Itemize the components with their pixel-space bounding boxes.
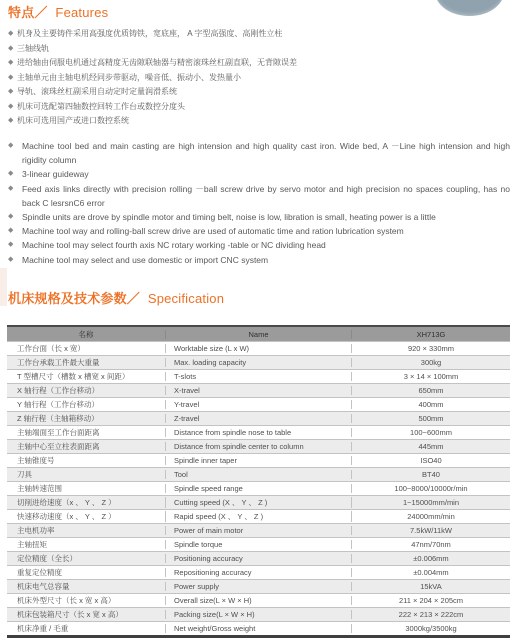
- feature-bullet-text: Machine tool way and rolling-ball screw …: [22, 226, 404, 236]
- spec-header-name-zh: 名称: [7, 329, 165, 340]
- spec-row: 机床外型尺寸（长 x 宽 x 高） Overall size(L × W × H…: [7, 593, 510, 607]
- features-title-en: Features: [55, 5, 108, 20]
- spec-row: X 轴行程（工作台移动） X-travel 650mm: [7, 383, 510, 397]
- spec-row: 定位精度（全长） Positioning accuracy ±0.006mm: [7, 551, 510, 565]
- spec-header-name-en: Name: [165, 330, 352, 339]
- spec-title-en: Specification: [148, 291, 224, 306]
- spec-row: 主轴锥度号 Spindle inner taper ISO40: [7, 453, 510, 467]
- spec-cell-name-en: Distance from spindle center to column: [165, 442, 352, 451]
- spec-row: 刀具 Tool BT40: [7, 467, 510, 481]
- feature-bullet: ◆ 机身及主要铸件采用高强度优质铸铁，宽底座， A 字型高强度、高刚性立柱: [8, 27, 508, 42]
- diamond-bullet-icon: ◆: [8, 71, 13, 86]
- spec-cell-value: 100~8000/10000r/min: [352, 484, 510, 493]
- spec-table-body: 工作台面（长 x 宽） Worktable size (L x W) 920 ×…: [7, 341, 510, 635]
- spec-cell-name-en: T-slots: [165, 372, 352, 381]
- feature-bullet: ◆ 机床可选配第四轴数控回转工作台或数控分度头: [8, 100, 508, 115]
- spec-cell-name-en: Distance from spindle nose to table: [165, 428, 352, 437]
- feature-bullet: ◆ 导轨、滚珠丝杠副采用自动定时定量润滑系统: [8, 85, 508, 100]
- spec-cell-name-en: Net weight/Gross weight: [165, 624, 352, 633]
- spec-cell-name-en: Spindle torque: [165, 540, 352, 549]
- spec-cell-name-en: Positioning accuracy: [165, 554, 352, 563]
- spec-cell-value: 100~600mm: [352, 428, 510, 437]
- spec-section-title: 机床规格及技术参数／ Specification: [8, 291, 224, 307]
- spec-cell-name-en: Max. loading capacity: [165, 358, 352, 367]
- spec-cell-value: 15kVA: [352, 582, 510, 591]
- spec-row: 重复定位精度 Repositioning accuracy ±0.004mm: [7, 565, 510, 579]
- spec-cell-value: ±0.004mm: [352, 568, 510, 577]
- spec-cell-name-en: Tool: [165, 470, 352, 479]
- spec-cell-name-zh: 机床电气总容量: [7, 581, 165, 592]
- spec-row: Z 轴行程（主轴箱移动） Z-travel 500mm: [7, 411, 510, 425]
- diamond-bullet-icon: ◆: [8, 56, 13, 71]
- diamond-bullet-icon: ◆: [8, 253, 13, 267]
- feature-bullet: ◆ Spindle units are drove by spindle mot…: [8, 210, 510, 224]
- spec-row: 主轴扭矩 Spindle torque 47nm/70nm: [7, 537, 510, 551]
- spec-cell-value: 920 × 330mm: [352, 344, 510, 353]
- spec-cell-name-zh: 机床外型尺寸（长 x 宽 x 高）: [7, 595, 165, 606]
- diamond-bullet-icon: ◆: [8, 85, 13, 100]
- spec-cell-name-zh: 切削进给速度（x 、 Y 、 Z ）: [7, 497, 165, 508]
- spec-cell-name-en: X-travel: [165, 386, 352, 395]
- diamond-bullet-icon: ◆: [8, 27, 13, 42]
- spec-cell-name-zh: 重复定位精度: [7, 567, 165, 578]
- feature-bullet-text: 3-linear guideway: [22, 169, 89, 179]
- spec-cell-value: 211 × 204 × 205cm: [352, 596, 510, 605]
- spec-header-model: XH713G: [352, 330, 510, 339]
- feature-bullet-text: 主轴单元由主轴电机经同步带驱动，噪音低、振动小、发热量小: [17, 73, 241, 82]
- spec-row: 主轴中心至立柱表面距离 Distance from spindle center…: [7, 439, 510, 453]
- feature-bullet: ◆ Feed axis links directly with precisio…: [8, 182, 510, 210]
- feature-bullet-text: 导轨、滚珠丝杠副采用自动定时定量润滑系统: [17, 87, 177, 96]
- spec-row: 切削进给速度（x 、 Y 、 Z ） Cutting speed (X 、 Y …: [7, 495, 510, 509]
- spec-cell-name-zh: 主轴锥度号: [7, 455, 165, 466]
- spec-cell-name-zh: 主轴中心至立柱表面距离: [7, 441, 165, 452]
- spec-row: 主轴端面至工作台面距离 Distance from spindle nose t…: [7, 425, 510, 439]
- spec-cell-name-zh: 主轴扭矩: [7, 539, 165, 550]
- spec-cell-value: 3 × 14 × 100mm: [352, 372, 510, 381]
- spec-cell-value: 400mm: [352, 400, 510, 409]
- spec-row: 工作台承载工件最大重量 Max. loading capacity 300kg: [7, 355, 510, 369]
- features-title-zh: 特点／: [8, 5, 48, 20]
- spec-cell-name-zh: 快速移动速度（x 、 Y 、 Z ）: [7, 511, 165, 522]
- spec-cell-name-zh: T 型槽尺寸（槽数 x 槽宽 x 间距）: [7, 371, 165, 382]
- spec-cell-name-en: Packing size(L × W × H): [165, 610, 352, 619]
- spec-cell-name-en: Power of main motor: [165, 526, 352, 535]
- features-list-zh: ◆ 机身及主要铸件采用高强度优质铸铁，宽底座， A 字型高强度、高刚性立柱 ◆ …: [8, 27, 508, 129]
- feature-bullet: ◆ 三轴线轨: [8, 42, 508, 57]
- feature-bullet: ◆ 3-linear guideway: [8, 167, 510, 181]
- spec-cell-name-zh: Z 轴行程（主轴箱移动）: [7, 413, 165, 424]
- diamond-bullet-icon: ◆: [8, 100, 13, 115]
- spec-cell-name-en: Worktable size (L x W): [165, 344, 352, 353]
- feature-bullet-text: Spindle units are drove by spindle motor…: [22, 212, 436, 222]
- spec-table-header: 名称 Name XH713G: [7, 327, 510, 341]
- features-list-en: ◆ Machine tool bed and main casting are …: [8, 139, 510, 267]
- feature-bullet: ◆ 进给轴由伺服电机通过高精度无齿隙联轴器与精密滚珠丝杠副直联，无背隙误差: [8, 56, 508, 71]
- diamond-bullet-icon: ◆: [8, 42, 13, 57]
- spec-cell-name-zh: Y 轴行程（工作台移动）: [7, 399, 165, 410]
- spec-cell-value: 47nm/70nm: [352, 540, 510, 549]
- spec-row: 主轴转速范围 Spindle speed range 100~8000/1000…: [7, 481, 510, 495]
- spec-row: T 型槽尺寸（槽数 x 槽宽 x 间距） T-slots 3 × 14 × 10…: [7, 369, 510, 383]
- spec-cell-name-en: Power supply: [165, 582, 352, 591]
- spec-cell-value: 445mm: [352, 442, 510, 451]
- spec-row: Y 轴行程（工作台移动） Y-travel 400mm: [7, 397, 510, 411]
- spec-cell-name-zh: 工作台承载工件最大重量: [7, 357, 165, 368]
- diamond-bullet-icon: ◆: [8, 182, 13, 196]
- feature-bullet-text: 三轴线轨: [17, 44, 49, 53]
- spec-cell-name-en: Rapid speed (X 、 Y 、 Z ): [165, 511, 352, 522]
- spec-cell-name-zh: 主轴端面至工作台面距离: [7, 427, 165, 438]
- spec-cell-name-en: Z-travel: [165, 414, 352, 423]
- feature-bullet: ◆ 机床可选用国产或进口数控系统: [8, 114, 508, 129]
- feature-bullet: ◆ 主轴单元由主轴电机经同步带驱动，噪音低、振动小、发热量小: [8, 71, 508, 86]
- spec-cell-name-en: Y-travel: [165, 400, 352, 409]
- feature-bullet: ◆ Machine tool bed and main casting are …: [8, 139, 510, 167]
- spec-cell-name-zh: 刀具: [7, 469, 165, 480]
- spec-cell-name-en: Repositioning accuracy: [165, 568, 352, 577]
- spec-cell-value: ISO40: [352, 456, 510, 465]
- diamond-bullet-icon: ◆: [8, 210, 13, 224]
- feature-bullet-text: 进给轴由伺服电机通过高精度无齿隙联轴器与精密滚珠丝杠副直联，无背隙误差: [17, 58, 297, 67]
- spec-cell-name-zh: X 轴行程（工作台移动）: [7, 385, 165, 396]
- feature-bullet: ◆ Machine tool may select and use domest…: [8, 253, 510, 267]
- feature-bullet: ◆ Machine tool may select fourth axis NC…: [8, 238, 510, 252]
- spec-cell-value: 500mm: [352, 414, 510, 423]
- diamond-bullet-icon: ◆: [8, 114, 13, 129]
- decorative-ellipse: [435, 0, 504, 16]
- spec-row: 工作台面（长 x 宽） Worktable size (L x W) 920 ×…: [7, 341, 510, 355]
- spec-row: 快速移动速度（x 、 Y 、 Z ） Rapid speed (X 、 Y 、 …: [7, 509, 510, 523]
- feature-bullet-text: Machine tool may select fourth axis NC r…: [22, 240, 326, 250]
- diamond-bullet-icon: ◆: [8, 167, 13, 181]
- feature-bullet-text: Machine tool may select and use domestic…: [22, 255, 268, 265]
- spec-cell-name-zh: 主轴转速范围: [7, 483, 165, 494]
- features-section-title: 特点／ Features: [8, 5, 108, 21]
- spec-row: 主电机功率 Power of main motor 7.5kW/11kW: [7, 523, 510, 537]
- spec-cell-name-en: Cutting speed (X 、 Y 、 Z ): [165, 497, 352, 508]
- spec-cell-value: 300kg: [352, 358, 510, 367]
- diamond-bullet-icon: ◆: [8, 224, 13, 238]
- spec-cell-name-zh: 机床包装箱尺寸（长 x 宽 x 高）: [7, 609, 165, 620]
- spec-cell-name-en: Spindle speed range: [165, 484, 352, 493]
- spec-cell-name-zh: 定位精度（全长）: [7, 553, 165, 564]
- spec-cell-name-en: Spindle inner taper: [165, 456, 352, 465]
- spec-cell-name-zh: 主电机功率: [7, 525, 165, 536]
- spec-cell-value: 1~15000mm/min: [352, 498, 510, 507]
- feature-bullet-text: 机床可选用国产或进口数控系统: [17, 116, 129, 125]
- spec-cell-name-zh: 工作台面（长 x 宽）: [7, 343, 165, 354]
- spec-title-zh: 机床规格及技术参数／: [8, 291, 140, 306]
- spec-cell-value: 7.5kW/11kW: [352, 526, 510, 535]
- catalog-page: 特点／ Features ◆ 机身及主要铸件采用高强度优质铸铁，宽底座， A 字…: [0, 0, 516, 640]
- feature-bullet-text: 机床可选配第四轴数控回转工作台或数控分度头: [17, 102, 185, 111]
- feature-bullet: ◆ Machine tool way and rolling-ball scre…: [8, 224, 510, 238]
- spec-row: 机床包装箱尺寸（长 x 宽 x 高） Packing size(L × W × …: [7, 607, 510, 621]
- spec-cell-value: BT40: [352, 470, 510, 479]
- spec-cell-value: ±0.006mm: [352, 554, 510, 563]
- spec-row: 机床电气总容量 Power supply 15kVA: [7, 579, 510, 593]
- spec-cell-name-zh: 机床净重 / 毛重: [7, 623, 165, 634]
- feature-bullet-text: 机身及主要铸件采用高强度优质铸铁，宽底座， A 字型高强度、高刚性立柱: [17, 29, 282, 38]
- feature-bullet-text: Machine tool bed and main casting are hi…: [22, 141, 510, 165]
- spec-table: 名称 Name XH713G 工作台面（长 x 宽） Worktable siz…: [7, 325, 510, 638]
- faint-watermark: [0, 268, 7, 306]
- spec-row: 机床净重 / 毛重 Net weight/Gross weight 3000kg…: [7, 621, 510, 635]
- diamond-bullet-icon: ◆: [8, 238, 13, 252]
- spec-cell-value: 3000kg/3500kg: [352, 624, 510, 633]
- spec-cell-name-en: Overall size(L × W × H): [165, 596, 352, 605]
- spec-cell-value: 24000mm/min: [352, 512, 510, 521]
- spec-cell-value: 650mm: [352, 386, 510, 395]
- feature-bullet-text: Feed axis links directly with precision …: [22, 184, 510, 208]
- spec-cell-value: 222 × 213 × 222cm: [352, 610, 510, 619]
- diamond-bullet-icon: ◆: [8, 139, 13, 153]
